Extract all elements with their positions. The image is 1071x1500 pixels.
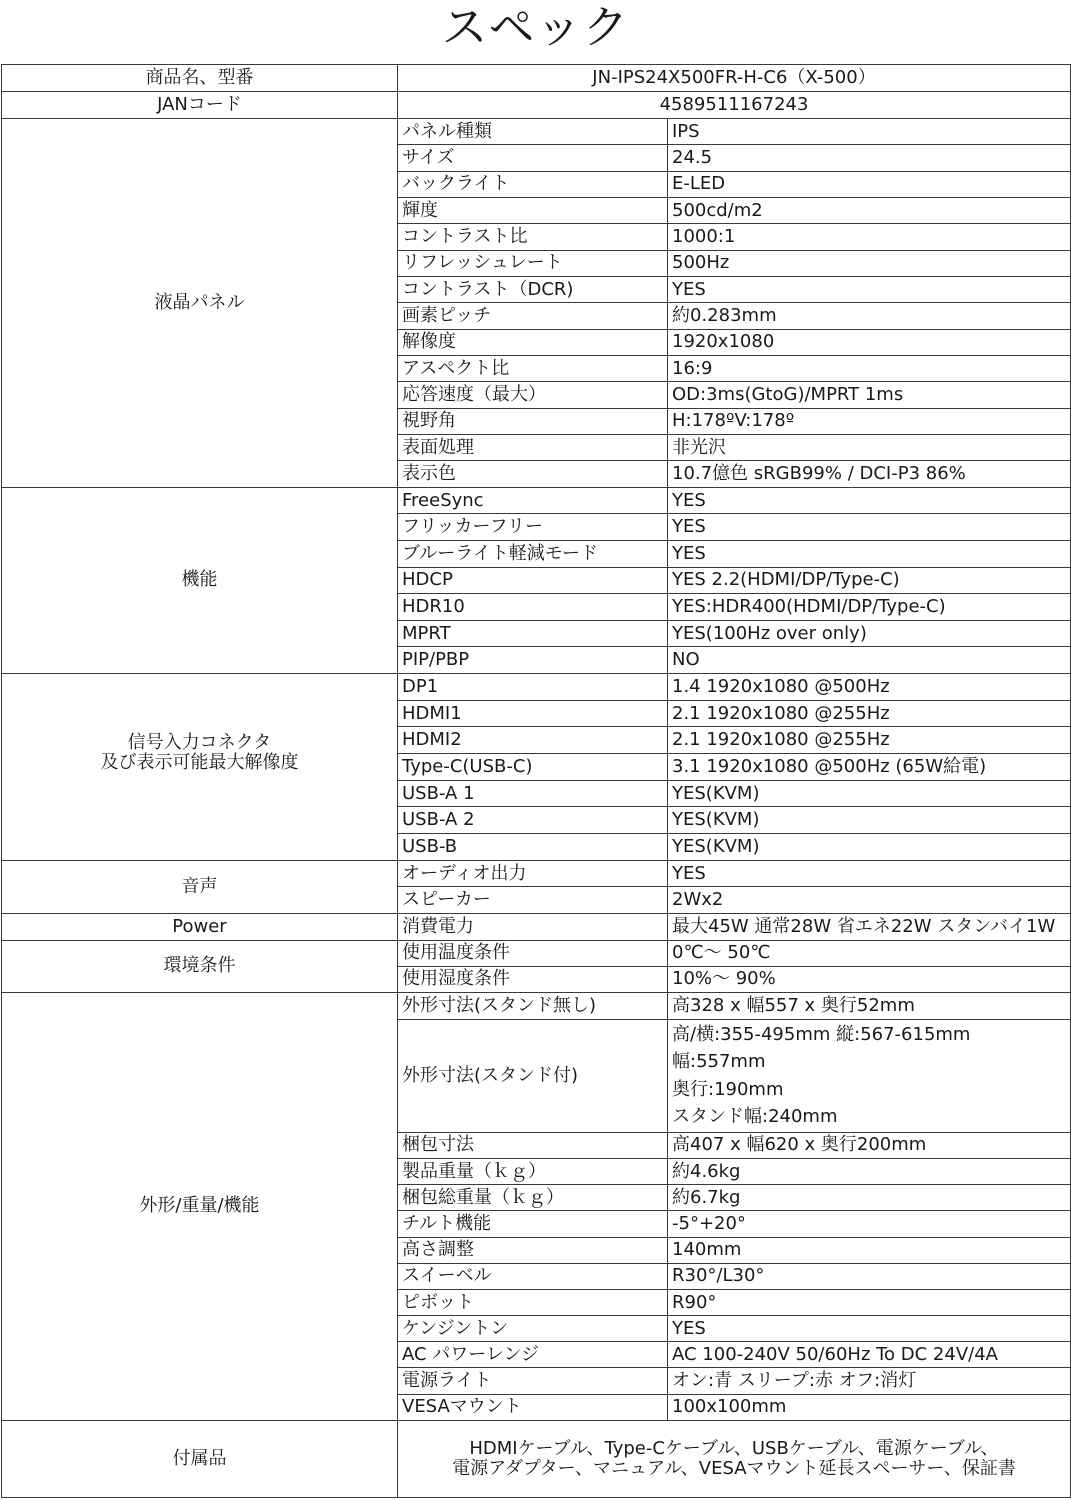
category-label: 機能 bbox=[6, 570, 393, 590]
spec-key: ピボット bbox=[398, 1289, 668, 1315]
spec-value: YES bbox=[668, 860, 1071, 887]
spec-value: 非光沢 bbox=[668, 435, 1071, 461]
spec-value-line: 高/横:355-495mm 縦:567-615mm bbox=[672, 1021, 1066, 1049]
spec-key: 使用温度条件 bbox=[398, 940, 668, 966]
accessories-list: HDMIケーブル、Type-Cケーブル、USBケーブル、電源ケーブル、電源アダプ… bbox=[398, 1420, 1071, 1497]
spec-value: YES(KVM) bbox=[668, 780, 1071, 807]
spec-key: 電源ライト bbox=[398, 1368, 668, 1394]
spec-key: リフレッシュレート bbox=[398, 250, 668, 276]
category-cell-audio: 音声 bbox=[2, 860, 398, 913]
spec-value: 高407 x 幅620 x 奥行200mm bbox=[668, 1132, 1071, 1158]
spec-value: JN-IPS24X500FR-H-C6（X-500） bbox=[398, 65, 1071, 92]
spec-value: YES(KVM) bbox=[668, 834, 1071, 861]
spec-value: 3.1 1920x1080 @500Hz (65W給電) bbox=[668, 754, 1071, 781]
spec-key: VESAマウント bbox=[398, 1394, 668, 1420]
spec-row: 機能FreeSyncYES bbox=[2, 487, 1071, 514]
spec-value: 10%～ 90% bbox=[668, 966, 1071, 992]
spec-row-jan-code: JANコード 4589511167243 bbox=[2, 92, 1071, 119]
spec-key: フリッカーフリー bbox=[398, 514, 668, 541]
spec-value: R90° bbox=[668, 1289, 1071, 1315]
spec-key: 表示色 bbox=[398, 461, 668, 487]
spec-key: 画素ピッチ bbox=[398, 303, 668, 329]
category-cell-inputs: 信号入力コネクタ及び表示可能最大解像度 bbox=[2, 673, 398, 860]
spec-value: IPS bbox=[668, 119, 1071, 145]
spec-value: 2.1 1920x1080 @255Hz bbox=[668, 727, 1071, 754]
spec-key: 外形寸法(スタンド無し) bbox=[398, 992, 668, 1019]
spec-value: E-LED bbox=[668, 171, 1071, 197]
spec-value: YES(100Hz over only) bbox=[668, 620, 1071, 647]
spec-key: ケンジントン bbox=[398, 1316, 668, 1342]
spec-key: HDMI1 bbox=[398, 700, 668, 727]
spec-value: 500Hz bbox=[668, 250, 1071, 276]
spec-value: H:178ºV:178º bbox=[668, 408, 1071, 434]
spec-table: 商品名、型番 JN-IPS24X500FR-H-C6（X-500） JANコード… bbox=[1, 64, 1071, 1498]
spec-value: YES:HDR400(HDMI/DP/Type-C) bbox=[668, 594, 1071, 621]
spec-value: 500cd/m2 bbox=[668, 198, 1071, 224]
spec-key: アスペクト比 bbox=[398, 356, 668, 382]
page-title: スペック bbox=[0, 0, 1071, 60]
spec-key: スイーベル bbox=[398, 1263, 668, 1289]
spec-value: 140mm bbox=[668, 1237, 1071, 1263]
spec-key: 梱包寸法 bbox=[398, 1132, 668, 1158]
spec-key: MPRT bbox=[398, 620, 668, 647]
spec-key: ブルーライト軽減モード bbox=[398, 541, 668, 568]
spec-key: スピーカー bbox=[398, 887, 668, 914]
spec-key: 使用湿度条件 bbox=[398, 966, 668, 992]
spec-key: 表面処理 bbox=[398, 435, 668, 461]
spec-key: コントラスト比 bbox=[398, 224, 668, 250]
spec-value: YES bbox=[668, 487, 1071, 514]
spec-key: USB-A 1 bbox=[398, 780, 668, 807]
spec-value-line: 幅:557mm bbox=[672, 1048, 1066, 1076]
spec-key: コントラスト（DCR) bbox=[398, 277, 668, 303]
spec-value: 約4.6kg bbox=[668, 1158, 1071, 1184]
spec-value: R30°/L30° bbox=[668, 1263, 1071, 1289]
spec-value: 1000:1 bbox=[668, 224, 1071, 250]
spacer bbox=[6, 773, 393, 801]
spec-key: HDMI2 bbox=[398, 727, 668, 754]
spec-key: PIP/PBP bbox=[398, 647, 668, 674]
spec-row: 液晶パネルパネル種類IPS bbox=[2, 119, 1071, 145]
category-cell-accessories: 付属品 bbox=[2, 1420, 398, 1497]
category-label-line2: 及び表示可能最大解像度 bbox=[6, 753, 393, 773]
spec-key: USB-A 2 bbox=[398, 807, 668, 834]
spec-value: 0℃～ 50℃ bbox=[668, 940, 1071, 966]
spec-value: AC 100-240V 50/60Hz To DC 24V/4A bbox=[668, 1342, 1071, 1368]
spec-key: オーディオ出力 bbox=[398, 860, 668, 887]
spec-value: 1920x1080 bbox=[668, 329, 1071, 355]
spec-label: 商品名、型番 bbox=[2, 65, 398, 92]
spec-key: 輝度 bbox=[398, 198, 668, 224]
spec-row: 信号入力コネクタ及び表示可能最大解像度DP11.4 1920x1080 @500… bbox=[2, 673, 1071, 700]
spec-value: 16:9 bbox=[668, 356, 1071, 382]
spec-key: 外形寸法(スタンド付) bbox=[398, 1019, 668, 1132]
spec-key: 製品重量（ｋｇ） bbox=[398, 1158, 668, 1184]
spec-row: 環境条件使用温度条件0℃～ 50℃ bbox=[2, 940, 1071, 966]
spec-row-accessories: 付属品HDMIケーブル、Type-Cケーブル、USBケーブル、電源ケーブル、電源… bbox=[2, 1420, 1071, 1497]
spec-value: YES(KVM) bbox=[668, 807, 1071, 834]
spec-key: DP1 bbox=[398, 673, 668, 700]
category-cell-environment: 環境条件 bbox=[2, 940, 398, 992]
spec-value: YES bbox=[668, 541, 1071, 568]
spec-key: AC パワーレンジ bbox=[398, 1342, 668, 1368]
spec-value: 高328 x 幅557 x 奥行52mm bbox=[668, 992, 1071, 1019]
spec-value: オン:青 スリープ:赤 オフ:消灯 bbox=[668, 1368, 1071, 1394]
spec-value: YES bbox=[668, 514, 1071, 541]
spec-value: 最大45W 通常28W 省エネ22W スタンバイ1W bbox=[668, 913, 1071, 940]
category-label: 環境条件 bbox=[6, 956, 393, 976]
spec-key: 梱包総重量（ｋｇ） bbox=[398, 1185, 668, 1211]
spec-value: 2.1 1920x1080 @255Hz bbox=[668, 700, 1071, 727]
spec-value: 約6.7kg bbox=[668, 1185, 1071, 1211]
category-label: 音声 bbox=[6, 877, 393, 897]
accessories-line2: 電源アダプター、マニュアル、VESAマウント延長スペーサー、保証書 bbox=[402, 1459, 1066, 1479]
spec-value: 1.4 1920x1080 @500Hz bbox=[668, 673, 1071, 700]
spec-value-line: スタンド幅:240mm bbox=[672, 1103, 1066, 1131]
category-label: 付属品 bbox=[6, 1449, 393, 1469]
spec-key: 解像度 bbox=[398, 329, 668, 355]
spec-key: 消費電力 bbox=[398, 913, 668, 940]
category-label-line1: 信号入力コネクタ bbox=[6, 733, 393, 753]
spec-key: 応答速度（最大） bbox=[398, 382, 668, 408]
spec-key: Type-C(USB-C) bbox=[398, 754, 668, 781]
category-label: 液晶パネル bbox=[6, 293, 393, 313]
spec-key: USB-B bbox=[398, 834, 668, 861]
spec-key: パネル種類 bbox=[398, 119, 668, 145]
category-label: Power bbox=[6, 917, 393, 937]
spec-value: 4589511167243 bbox=[398, 92, 1071, 119]
spec-row: 外形/重量/機能外形寸法(スタンド無し)高328 x 幅557 x 奥行52mm bbox=[2, 992, 1071, 1019]
spec-row: Power消費電力最大45W 通常28W 省エネ22W スタンバイ1W bbox=[2, 913, 1071, 940]
spec-value-line: 奥行:190mm bbox=[672, 1076, 1066, 1104]
spec-row-product-name: 商品名、型番 JN-IPS24X500FR-H-C6（X-500） bbox=[2, 65, 1071, 92]
spec-key: サイズ bbox=[398, 145, 668, 171]
spec-value: 24.5 bbox=[668, 145, 1071, 171]
category-cell-panel: 液晶パネル bbox=[2, 119, 398, 488]
spec-label: JANコード bbox=[2, 92, 398, 119]
spec-value: OD:3ms(GtoG)/MPRT 1ms bbox=[668, 382, 1071, 408]
spec-row: 音声オーディオ出力YES bbox=[2, 860, 1071, 887]
spec-key: バックライト bbox=[398, 171, 668, 197]
spec-value: 2Wx2 bbox=[668, 887, 1071, 914]
accessories-line1: HDMIケーブル、Type-Cケーブル、USBケーブル、電源ケーブル、 bbox=[402, 1439, 1066, 1459]
category-cell-power: Power bbox=[2, 913, 398, 940]
spec-value: 約0.283mm bbox=[668, 303, 1071, 329]
spec-value: YES bbox=[668, 1316, 1071, 1342]
spec-key: FreeSync bbox=[398, 487, 668, 514]
spec-value: 10.7億色 sRGB99% / DCI-P3 86% bbox=[668, 461, 1071, 487]
category-cell-physical: 外形/重量/機能 bbox=[2, 992, 398, 1420]
spec-key: チルト機能 bbox=[398, 1211, 668, 1237]
category-cell-features: 機能 bbox=[2, 487, 398, 673]
spec-key: HDR10 bbox=[398, 594, 668, 621]
spec-value: -5°+20° bbox=[668, 1211, 1071, 1237]
spec-key: 視野角 bbox=[398, 408, 668, 434]
spec-value: YES bbox=[668, 277, 1071, 303]
spec-value: NO bbox=[668, 647, 1071, 674]
spec-value: 100x100mm bbox=[668, 1394, 1071, 1420]
category-label: 外形/重量/機能 bbox=[6, 1196, 393, 1216]
spec-value: YES 2.2(HDMI/DP/Type-C) bbox=[668, 567, 1071, 594]
spec-key: HDCP bbox=[398, 567, 668, 594]
spec-value: 高/横:355-495mm 縦:567-615mm幅:557mm奥行:190mm… bbox=[668, 1019, 1071, 1132]
spec-key: 高さ調整 bbox=[398, 1237, 668, 1263]
